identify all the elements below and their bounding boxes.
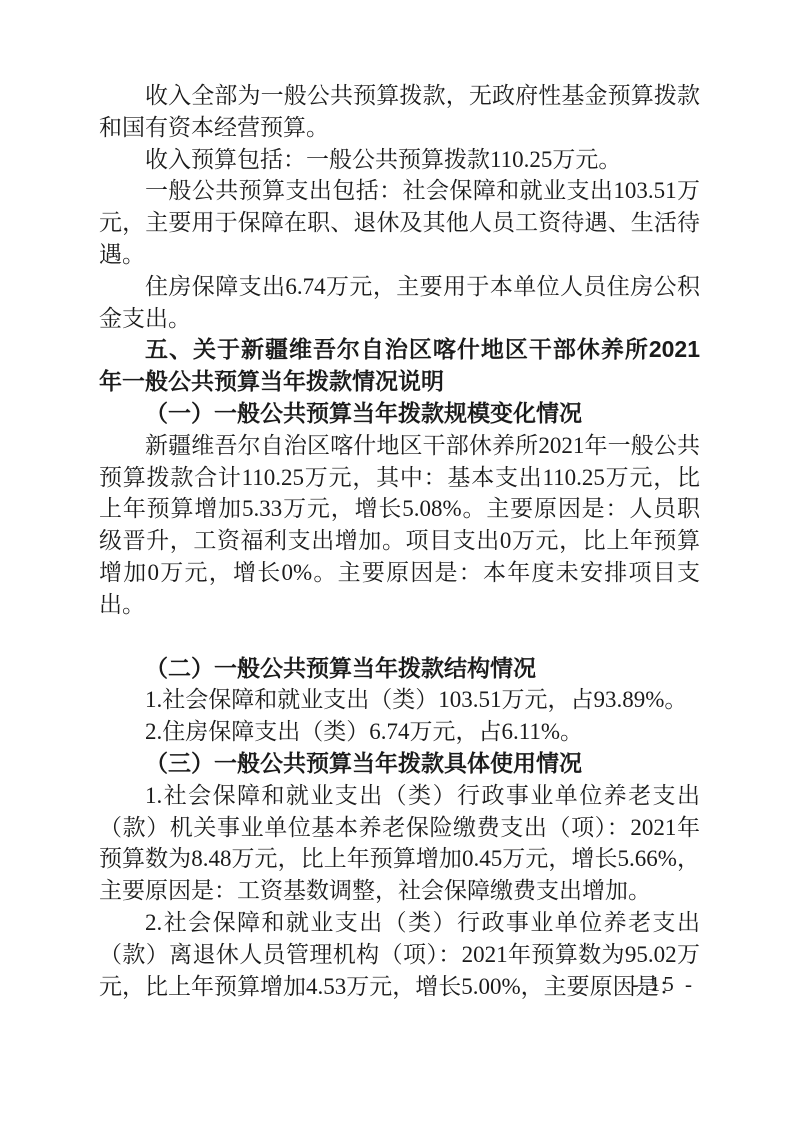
subsection-heading-three: （三）一般公共预算当年拨款具体使用情况	[99, 748, 700, 780]
document-page: 收入全部为一般公共预算拨款，无政府性基金预算拨款和国有资本经营预算。 收入预算包…	[0, 0, 793, 1122]
paragraph-expense-housing: 住房保障支出6.74万元，主要用于本单位人员住房公积金支出。	[99, 271, 700, 335]
section-heading-five: 五、关于新疆维吾尔自治区喀什地区干部休养所2021年一般公共预算当年拨款情况说明	[99, 334, 700, 398]
subsection-heading-two: （二）一般公共预算当年拨款结构情况	[99, 653, 700, 685]
paragraph-structure-item-2: 2.住房保障支出（类）6.74万元，占6.11%。	[99, 716, 700, 748]
document-body: 收入全部为一般公共预算拨款，无政府性基金预算拨款和国有资本经营预算。 收入预算包…	[99, 80, 700, 1002]
page-number: - 15 -	[632, 972, 696, 997]
paragraph-income-budget: 收入预算包括：一般公共预算拨款110.25万元。	[99, 144, 700, 176]
paragraph-usage-item-1: 1.社会保障和就业支出（类）行政事业单位养老支出（款）机关事业单位基本养老保险缴…	[99, 780, 700, 907]
paragraph-income-source: 收入全部为一般公共预算拨款，无政府性基金预算拨款和国有资本经营预算。	[99, 80, 700, 144]
paragraph-structure-item-1: 1.社会保障和就业支出（类）103.51万元，占93.89%。	[99, 684, 700, 716]
paragraph-scale-change: 新疆维吾尔自治区喀什地区干部休养所2021年一般公共预算拨款合计110.25万元…	[99, 430, 700, 621]
paragraph-usage-item-2: 2.社会保障和就业支出（类）行政事业单位养老支出（款）离退休人员管理机构（项）：…	[99, 907, 700, 1002]
paragraph-expense-social-security: 一般公共预算支出包括：社会保障和就业支出103.51万元，主要用于保障在职、退休…	[99, 175, 700, 270]
subsection-heading-one: （一）一般公共预算当年拨款规模变化情况	[99, 398, 700, 430]
